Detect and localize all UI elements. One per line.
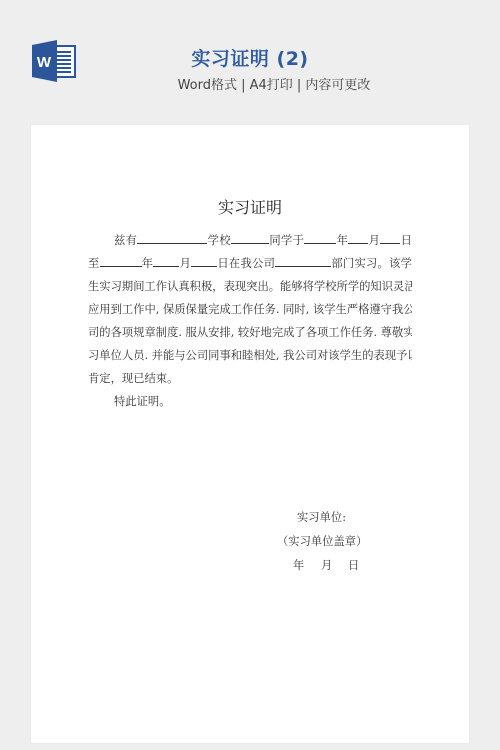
blank-start-year (304, 230, 336, 244)
blank-start-month (348, 230, 368, 244)
header: W 实习证明 (2) Word格式 | A4打印 | 内容可更改 (0, 0, 500, 120)
blank-end-year (100, 253, 142, 267)
blank-start-day (380, 230, 400, 244)
signature-date-year: 年 (293, 557, 304, 573)
paragraph-line-4: 应用到工作中, 保质保量完成工作任务. 同时, 该学生严格遵守我公 (88, 298, 412, 321)
signature-date-month: 月 (321, 557, 332, 573)
blank-end-day (191, 253, 217, 267)
document-title: 实习证明 (31, 195, 469, 218)
paragraph-line-6: 习单位人员. 并能与公司同事和睦相处, 我公司对该学生的表现予以 (88, 344, 412, 367)
page-title: 实习证明 (2) (0, 44, 500, 71)
signature-date-day: 日 (348, 557, 359, 573)
document-page: 实习证明 兹有学校同学于年月日 至年月日在我公司部门实习。该学 生实习期间工作认… (31, 125, 469, 743)
signature-seal-label: （实习单位盖章） (277, 533, 367, 549)
blank-school (137, 230, 207, 244)
paragraph-line-7: 肯定，现已结束。 (88, 367, 412, 390)
paragraph-line-2: 至年月日在我公司部门实习。该学 (88, 252, 412, 275)
blank-end-month (153, 253, 179, 267)
closing-statement: 特此证明。 (88, 390, 412, 413)
paragraph-line-5: 司的各项规章制度. 服从安排, 较好地完成了各项工作任务. 尊敬实 (88, 321, 412, 344)
signature-unit-label: 实习单位: (297, 509, 346, 525)
paragraph-line-3: 生实习期间工作认真积极，表现突出。能够将学校所学的知识灵活 (88, 275, 412, 298)
blank-department (275, 253, 331, 267)
document-body: 兹有学校同学于年月日 至年月日在我公司部门实习。该学 生实习期间工作认真积极，表… (88, 229, 412, 413)
blank-student-name (231, 230, 269, 244)
page-subtitle: Word格式 | A4打印 | 内容可更改 (0, 74, 500, 93)
paragraph-line-1: 兹有学校同学于年月日 (88, 229, 412, 252)
